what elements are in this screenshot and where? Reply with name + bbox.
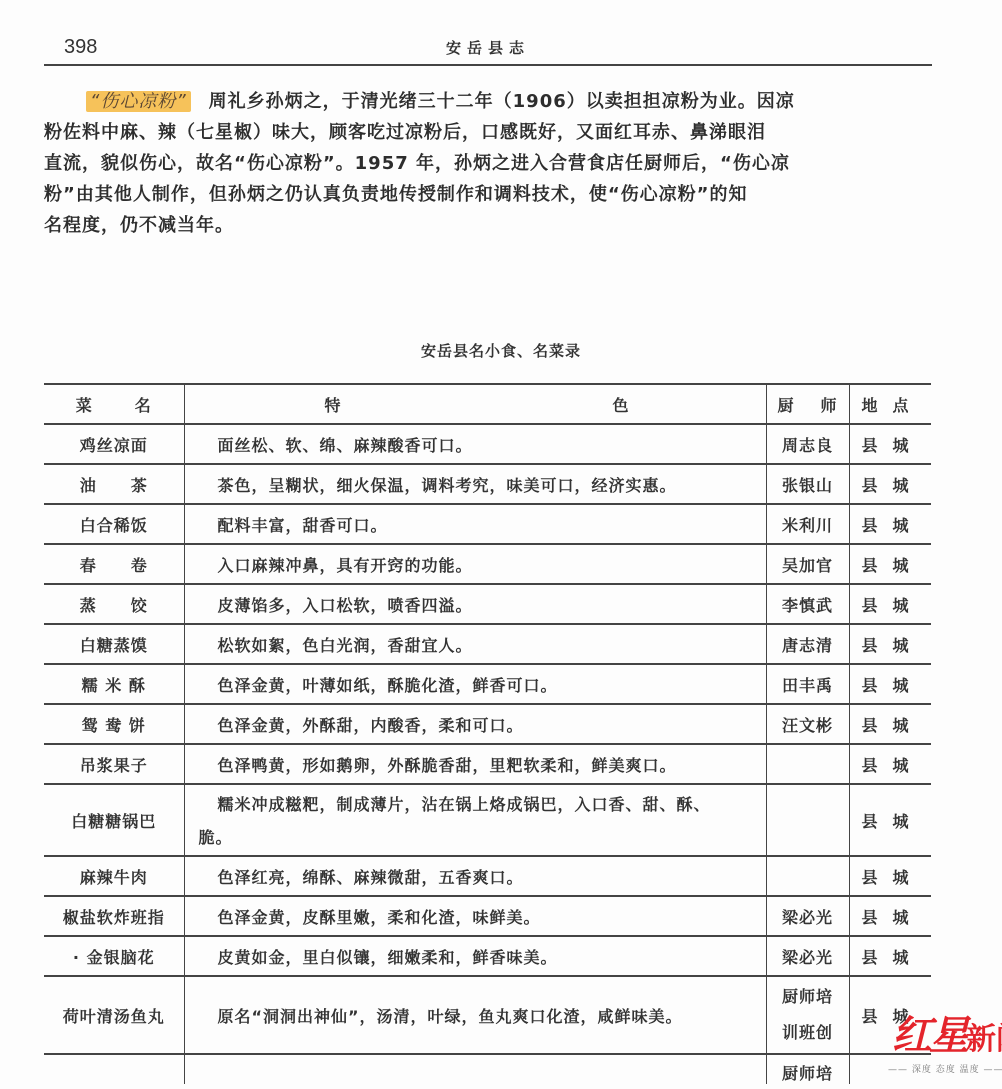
running-title: 安岳县志: [44, 37, 932, 58]
dish-chef: [766, 856, 849, 896]
header-name: 菜名: [44, 384, 184, 424]
dish-location: 县城: [849, 896, 931, 936]
dish-name: 春 卷: [44, 544, 184, 584]
dish-name: 椒盐软炸班指: [44, 896, 184, 936]
dish-feature: 配料丰富，甜香可口。: [184, 504, 766, 544]
table-row: 荷叶清汤鱼丸 原名“洞洞出神仙”，汤清，叶绿，鱼丸爽口化渣，咸鲜味美。 厨师培 …: [44, 976, 931, 1054]
dish-location: 县城: [849, 936, 931, 976]
table-row: 鸳 鸯 饼 色泽金黄，外酥甜，内酸香，柔和可口。 汪文彬 县城: [44, 704, 931, 744]
table-header-row: 菜名 特色 厨师 地点: [44, 384, 931, 424]
dish-feature: 色泽红亮，绵酥、麻辣微甜，五香爽口。: [184, 856, 766, 896]
dish-name: 麻辣牛肉: [44, 856, 184, 896]
dish-location: 县城: [849, 584, 931, 624]
dish-location: 县城: [849, 744, 931, 784]
header-chef: 厨师: [766, 384, 849, 424]
dish-feature: 松软如絮，色白光润，香甜宜人。: [184, 624, 766, 664]
body-paragraph: “伤心凉粉”周礼乡孙炳之，于清光绪三十二年（1906）以卖担担凉粉为业。因凉 粉…: [44, 86, 932, 241]
dish-location: 县城: [849, 624, 931, 664]
dish-chef: 厨师培 训班创: [766, 976, 849, 1054]
paragraph-line: 粉佐料中麻、辣（七星椒）味大，顾客吃过凉粉后，口感既好，又面红耳赤、鼻涕眼泪: [44, 117, 932, 148]
table-row: · 金银脑花 皮黄如金，里白似镶，细嫩柔和，鲜香味美。 梁必光 县城: [44, 936, 931, 976]
dish-chef: 唐志清: [766, 624, 849, 664]
dish-name: 蒸 饺: [44, 584, 184, 624]
dish-chef: 米利川: [766, 504, 849, 544]
dish-location: 县城: [849, 464, 931, 504]
dish-name: 白合稀饭: [44, 504, 184, 544]
dish-chef: 张银山: [766, 464, 849, 504]
table-row: 白糖糖锅巴 糯米冲成糍粑，制成薄片，沾在锅上烙成锅巴，入口香、甜、酥、 脆。 县…: [44, 784, 931, 856]
dish-chef: 梁必光: [766, 896, 849, 936]
dish-name: 荷叶清汤鱼丸: [44, 976, 184, 1054]
dish-location: 县城: [849, 976, 931, 1054]
document-page: 398 安岳县志 “伤心凉粉”周礼乡孙炳之，于清光绪三十二年（1906）以卖担担…: [0, 0, 1002, 1089]
dish-name: · 金银脑花: [44, 936, 184, 976]
dish-chef: 周志良: [766, 424, 849, 464]
dish-feature: 色泽金黄，皮酥里嫩，柔和化渣，味鲜美。: [184, 896, 766, 936]
dish-feature: 糯米冲成糍粑，制成薄片，沾在锅上烙成锅巴，入口香、甜、酥、 脆。: [184, 784, 766, 856]
dish-name: 鸡丝凉面: [44, 424, 184, 464]
dish-chef: [766, 744, 849, 784]
dish-chef: 吴加官: [766, 544, 849, 584]
table-row: 厨师培: [44, 1054, 931, 1084]
dish-name: 白糖糖锅巴: [44, 784, 184, 856]
paragraph-line: 粉”由其他人制作，但孙炳之仍认真负责地传授制作和调料技术，使“伤心凉粉”的知: [44, 179, 932, 210]
dish-feature: 原名“洞洞出神仙”，汤清，叶绿，鱼丸爽口化渣，咸鲜味美。: [184, 976, 766, 1054]
dishes-table: 菜名 特色 厨师 地点 鸡丝凉面 面丝松、软、绵、麻辣酸香可口。 周志良 县城 …: [44, 383, 931, 1084]
dish-location: 县城: [849, 424, 931, 464]
dish-feature: 色泽金黄，外酥甜，内酸香，柔和可口。: [184, 704, 766, 744]
dish-chef: 李慎武: [766, 584, 849, 624]
dish-location: 县城: [849, 504, 931, 544]
dish-name: 油 茶: [44, 464, 184, 504]
dish-location: 县城: [849, 784, 931, 856]
dish-location: 县城: [849, 664, 931, 704]
header-location: 地点: [849, 384, 931, 424]
table-row: 白合稀饭 配料丰富，甜香可口。 米利川 县城: [44, 504, 931, 544]
dish-location: 县城: [849, 544, 931, 584]
dish-name: 鸳 鸯 饼: [44, 704, 184, 744]
table-row: 白糖蒸馍 松软如絮，色白光润，香甜宜人。 唐志清 县城: [44, 624, 931, 664]
dish-location: 县城: [849, 856, 931, 896]
dish-feature: 入口麻辣冲鼻，具有开窍的功能。: [184, 544, 766, 584]
dish-feature: 面丝松、软、绵、麻辣酸香可口。: [184, 424, 766, 464]
dish-chef: 梁必光: [766, 936, 849, 976]
dish-name: 吊浆果子: [44, 744, 184, 784]
dish-feature: [184, 1054, 766, 1084]
table-row: 春 卷 入口麻辣冲鼻，具有开窍的功能。 吴加官 县城: [44, 544, 931, 584]
table-row: 椒盐软炸班指 色泽金黄，皮酥里嫩，柔和化渣，味鲜美。 梁必光 县城: [44, 896, 931, 936]
dish-feature: 色泽金黄，叶薄如纸，酥脆化渣，鲜香可口。: [184, 664, 766, 704]
table-row: 蒸 饺 皮薄馅多，入口松软，喷香四溢。 李慎武 县城: [44, 584, 931, 624]
paragraph-line: “伤心凉粉”周礼乡孙炳之，于清光绪三十二年（1906）以卖担担凉粉为业。因凉: [44, 86, 932, 117]
dish-feature: 茶色，呈糊状，细火保温，调料考究，味美可口，经济实惠。: [184, 464, 766, 504]
header-feature: 特色: [184, 384, 766, 424]
dish-name: 白糖蒸馍: [44, 624, 184, 664]
dish-chef: 田丰禹: [766, 664, 849, 704]
table-row: 鸡丝凉面 面丝松、软、绵、麻辣酸香可口。 周志良 县城: [44, 424, 931, 464]
dish-chef: [766, 784, 849, 856]
dish-feature: 皮黄如金，里白似镶，细嫩柔和，鲜香味美。: [184, 936, 766, 976]
table-title: 安岳县名小食、名菜录: [0, 340, 1002, 361]
dish-chef: 汪文彬: [766, 704, 849, 744]
dish-feature: 色泽鸭黄，形如鹅卵，外酥脆香甜，里粑软柔和，鲜美爽口。: [184, 744, 766, 784]
table-row: 油 茶 茶色，呈糊状，细火保温，调料考究，味美可口，经济实惠。 张银山 县城: [44, 464, 931, 504]
table-row: 吊浆果子 色泽鸭黄，形如鹅卵，外酥脆香甜，里粑软柔和，鲜美爽口。 县城: [44, 744, 931, 784]
dish-feature: 皮薄馅多，入口松软，喷香四溢。: [184, 584, 766, 624]
dish-location: 县城: [849, 704, 931, 744]
table-row: 麻辣牛肉 色泽红亮，绵酥、麻辣微甜，五香爽口。 县城: [44, 856, 931, 896]
paragraph-line: 名程度，仍不减当年。: [44, 210, 932, 241]
paragraph-line: 直流，貌似伤心，故名“伤心凉粉”。1957 年，孙炳之进入合营食店任厨师后，“伤…: [44, 148, 932, 179]
dish-name: 糯 米 酥: [44, 664, 184, 704]
dish-chef: 厨师培: [766, 1054, 849, 1084]
header-rule: [44, 64, 932, 66]
table-row: 糯 米 酥 色泽金黄，叶薄如纸，酥脆化渣，鲜香可口。 田丰禹 县城: [44, 664, 931, 704]
dish-name: [44, 1054, 184, 1084]
highlighted-term: “伤心凉粉”: [86, 91, 191, 112]
dish-location: [849, 1054, 931, 1084]
